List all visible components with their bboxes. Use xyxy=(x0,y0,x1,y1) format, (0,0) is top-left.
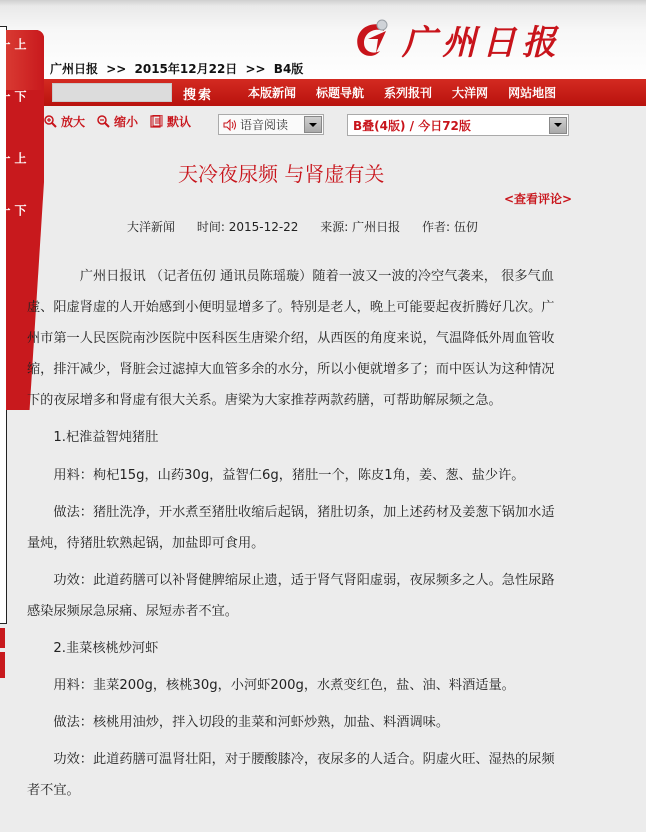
breadcrumb-separator: >> xyxy=(246,62,266,76)
edition-select[interactable]: B叠(4版) / 今日72版 xyxy=(347,114,569,136)
breadcrumb-home[interactable]: 广州日报 xyxy=(50,62,98,76)
prev-page-link[interactable]: 上一版 xyxy=(6,152,28,166)
search-input[interactable] xyxy=(52,83,172,102)
breadcrumb-page[interactable]: B4版 xyxy=(274,62,304,76)
voice-read-label: 语音阅读 xyxy=(240,116,288,133)
nav-link-title-nav[interactable]: 标题导航 xyxy=(316,84,364,101)
breadcrumb: 广州日报 >> 2015年12月22日 >> B4版 xyxy=(50,60,307,77)
breadcrumb-separator: >> xyxy=(106,62,126,76)
article-paragraph: 广州日报讯 （记者伍仞 通讯员陈瑶璇）随着一波又一波的冷空气袭来， 很多气血虚、… xyxy=(27,261,567,416)
zoom-in-button[interactable]: 放大 xyxy=(44,113,85,130)
article-paragraph: 做法：核桃用油炒，拌入切段的韭菜和河虾炒熟，加盐、料酒调味。 xyxy=(27,707,567,738)
article-meta: 大洋新闻 时间: 2015-12-22 来源: 广州日报 作者: 伍仞 xyxy=(127,218,496,235)
nav-link-series[interactable]: 系列报刊 xyxy=(384,84,432,101)
left-frame-border xyxy=(0,26,7,624)
chevron-down-icon xyxy=(554,123,562,127)
default-size-button[interactable]: 默认 xyxy=(150,113,191,130)
logo-swirl-icon xyxy=(352,17,396,61)
nav-links: 本版新闻 标题导航 系列报刊 大洋网 网站地图 xyxy=(248,84,576,101)
voice-dropdown-button[interactable] xyxy=(304,116,322,133)
side-decoration xyxy=(0,628,5,648)
next-article-link[interactable]: 下一篇 xyxy=(6,90,28,104)
zoom-in-label: 放大 xyxy=(61,113,85,130)
document-icon xyxy=(150,115,163,128)
article-body: 广州日报讯 （记者伍仞 通讯员陈瑶璇）随着一波又一波的冷空气袭来， 很多气血虚、… xyxy=(27,261,567,807)
article-paragraph: 用料：韭菜200g，核桃30g，小河虾200g，水煮变红色，盐、油、料酒适量。 xyxy=(27,670,567,701)
article-paragraph: 功效：此道药膳可以补肾健脾缩尿止遗，适于肾气肾阳虚弱，夜尿频多之人。急性尿路感染… xyxy=(27,565,567,627)
nav-link-sitemap[interactable]: 网站地图 xyxy=(508,84,556,101)
search-button[interactable]: 搜索 xyxy=(183,84,213,103)
prev-article-link[interactable]: 上一篇 xyxy=(6,38,28,52)
edition-dropdown-button[interactable] xyxy=(549,117,567,134)
nav-link-dayoo[interactable]: 大洋网 xyxy=(452,84,488,101)
meta-time: 时间: 2015-12-22 xyxy=(197,220,299,234)
zoom-in-icon xyxy=(44,115,57,128)
logo-text: 广州日报 xyxy=(402,15,562,64)
speaker-icon xyxy=(223,119,237,131)
default-size-label: 默认 xyxy=(167,113,191,130)
side-decoration xyxy=(0,652,5,678)
meta-author: 作者: 伍仞 xyxy=(422,220,478,234)
meta-site: 大洋新闻 xyxy=(127,220,175,234)
meta-source: 来源: 广州日报 xyxy=(320,220,400,234)
article-paragraph: 用料：枸杞15g，山药30g，益智仁6g，猪肚一个，陈皮1角，姜、葱、盐少许。 xyxy=(27,460,567,491)
chevron-down-icon xyxy=(309,123,317,127)
article-title: 天冷夜尿频 与肾虚有关 xyxy=(178,158,384,187)
article-paragraph: 功效：此道药膳可温肾壮阳，对于腰酸膝冷，夜尿多的人适合。阴虚火旺、湿热的尿频者不… xyxy=(27,744,567,806)
font-toolbar: 放大 缩小 默认 xyxy=(44,113,203,130)
next-page-link[interactable]: 下一版 xyxy=(6,204,28,218)
nav-link-page-news[interactable]: 本版新闻 xyxy=(248,84,296,101)
article-paragraph: 做法：猪肚洗净，开水煮至猪肚收缩后起锅，猪肚切条，加上述药材及姜葱下锅加水适量炖… xyxy=(27,497,567,559)
breadcrumb-date[interactable]: 2015年12月22日 xyxy=(135,62,238,76)
zoom-out-button[interactable]: 缩小 xyxy=(97,113,138,130)
voice-read-select[interactable]: 语音阅读 xyxy=(218,114,324,135)
edition-select-value: B叠(4版) / 今日72版 xyxy=(348,117,549,134)
recipe-heading: 2.韭菜核桃炒河虾 xyxy=(27,633,567,664)
site-logo[interactable]: 广州日报 xyxy=(352,14,572,64)
zoom-out-label: 缩小 xyxy=(114,113,138,130)
view-comments-link[interactable]: <查看评论> xyxy=(504,190,572,207)
zoom-out-icon xyxy=(97,115,110,128)
recipe-heading: 1.杞淮益智炖猪肚 xyxy=(27,422,567,453)
